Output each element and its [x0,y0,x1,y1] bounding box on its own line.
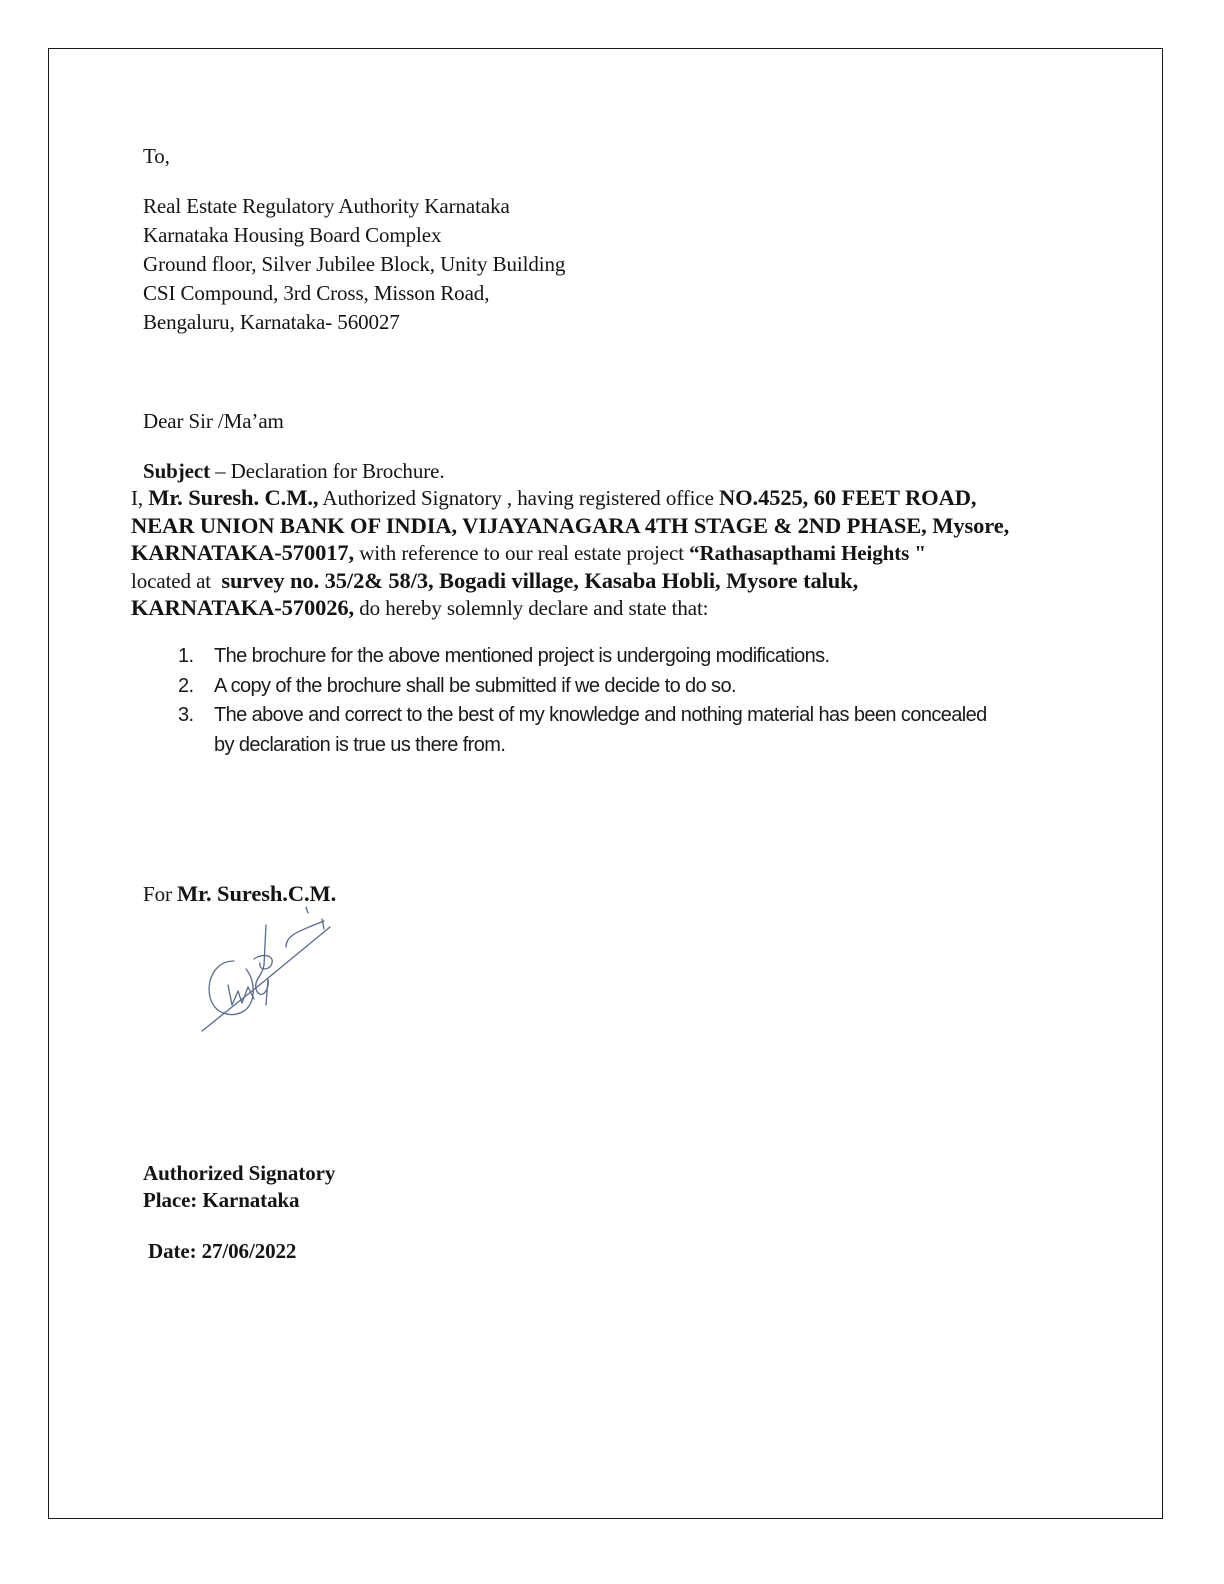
paragraph-line-3: KARNATAKA-570017, with reference to our … [131,539,1009,567]
recipient-address: Real Estate Regulatory Authority Karnata… [143,192,565,337]
place-line: Place: Karnataka [143,1187,335,1214]
office-address-part-2: NEAR UNION BANK OF INDIA, VIJAYANAGARA 4… [131,513,1009,538]
subject-text: Declaration for Brochure. [231,459,445,483]
item-number: 1. [178,642,193,672]
declaration-list: 1.The brochure for the above mentioned p… [178,642,1014,760]
text-prefix: located at [131,569,221,593]
address-line: Karnataka Housing Board Complex [143,221,565,250]
site-address-part-2: KARNATAKA-570026, [131,595,354,620]
subject-line: Subject – Declaration for Brochure. [143,457,445,486]
declaration-paragraph: I, Mr. Suresh. C.M., Authorized Signator… [131,484,1009,622]
date-line: Date: 27/06/2022 [148,1237,296,1266]
paragraph-line-4: located at survey no. 35/2& 58/3, Bogadi… [131,567,1009,595]
declaration-item: 1.The brochure for the above mentioned p… [178,642,1014,672]
item-number: 3. [178,701,193,731]
site-address-part-1: survey no. 35/2& 58/3, Bogadi village, K… [221,568,858,593]
for-name: Mr. Suresh.C.M. [177,881,336,906]
subject-label: Subject [143,459,210,483]
for-label: For [143,882,177,906]
paragraph-line-2: NEAR UNION BANK OF INDIA, VIJAYANAGARA 4… [131,512,1009,540]
address-line: Bengaluru, Karnataka- 560027 [143,308,565,337]
paragraph-line-5: KARNATAKA-570026, do hereby solemnly dec… [131,594,1009,622]
subject-separator: – [210,459,231,483]
office-address-part-1: NO.4525, 60 FEET ROAD, [719,485,976,510]
item-text: The above and correct to the best of my … [214,704,987,756]
address-line: Ground floor, Silver Jubilee Block, Unit… [143,250,565,279]
declaration-item: 2.A copy of the brochure shall be submit… [178,672,1014,702]
paragraph-line-1: I, Mr. Suresh. C.M., Authorized Signator… [131,484,1009,512]
project-name: “Rathasapthami Heights " [689,541,926,565]
item-text: A copy of the brochure shall be submitte… [214,675,736,697]
declarant-name: Mr. Suresh. C.M., [148,485,318,510]
greeting: Dear Sir /Ma’am [143,407,284,436]
to-label: To, [143,142,170,171]
text-middle: Authorized Signatory , having registered… [318,486,719,510]
address-line: Real Estate Regulatory Authority Karnata… [143,192,565,221]
signatory-block: Authorized Signatory Place: Karnataka [143,1160,335,1214]
address-line: CSI Compound, 3rd Cross, Misson Road, [143,279,565,308]
signatory-title: Authorized Signatory [143,1160,335,1187]
text-middle: with reference to our real estate projec… [354,541,689,565]
signature-image [190,905,340,1040]
item-text: The brochure for the above mentioned pro… [214,645,829,667]
declaration-item: 3.The above and correct to the best of m… [178,701,1004,760]
item-number: 2. [178,672,193,702]
text-suffix: do hereby solemnly declare and state tha… [354,596,708,620]
office-address-part-3: KARNATAKA-570017, [131,540,354,565]
text-prefix: I, [131,486,148,510]
